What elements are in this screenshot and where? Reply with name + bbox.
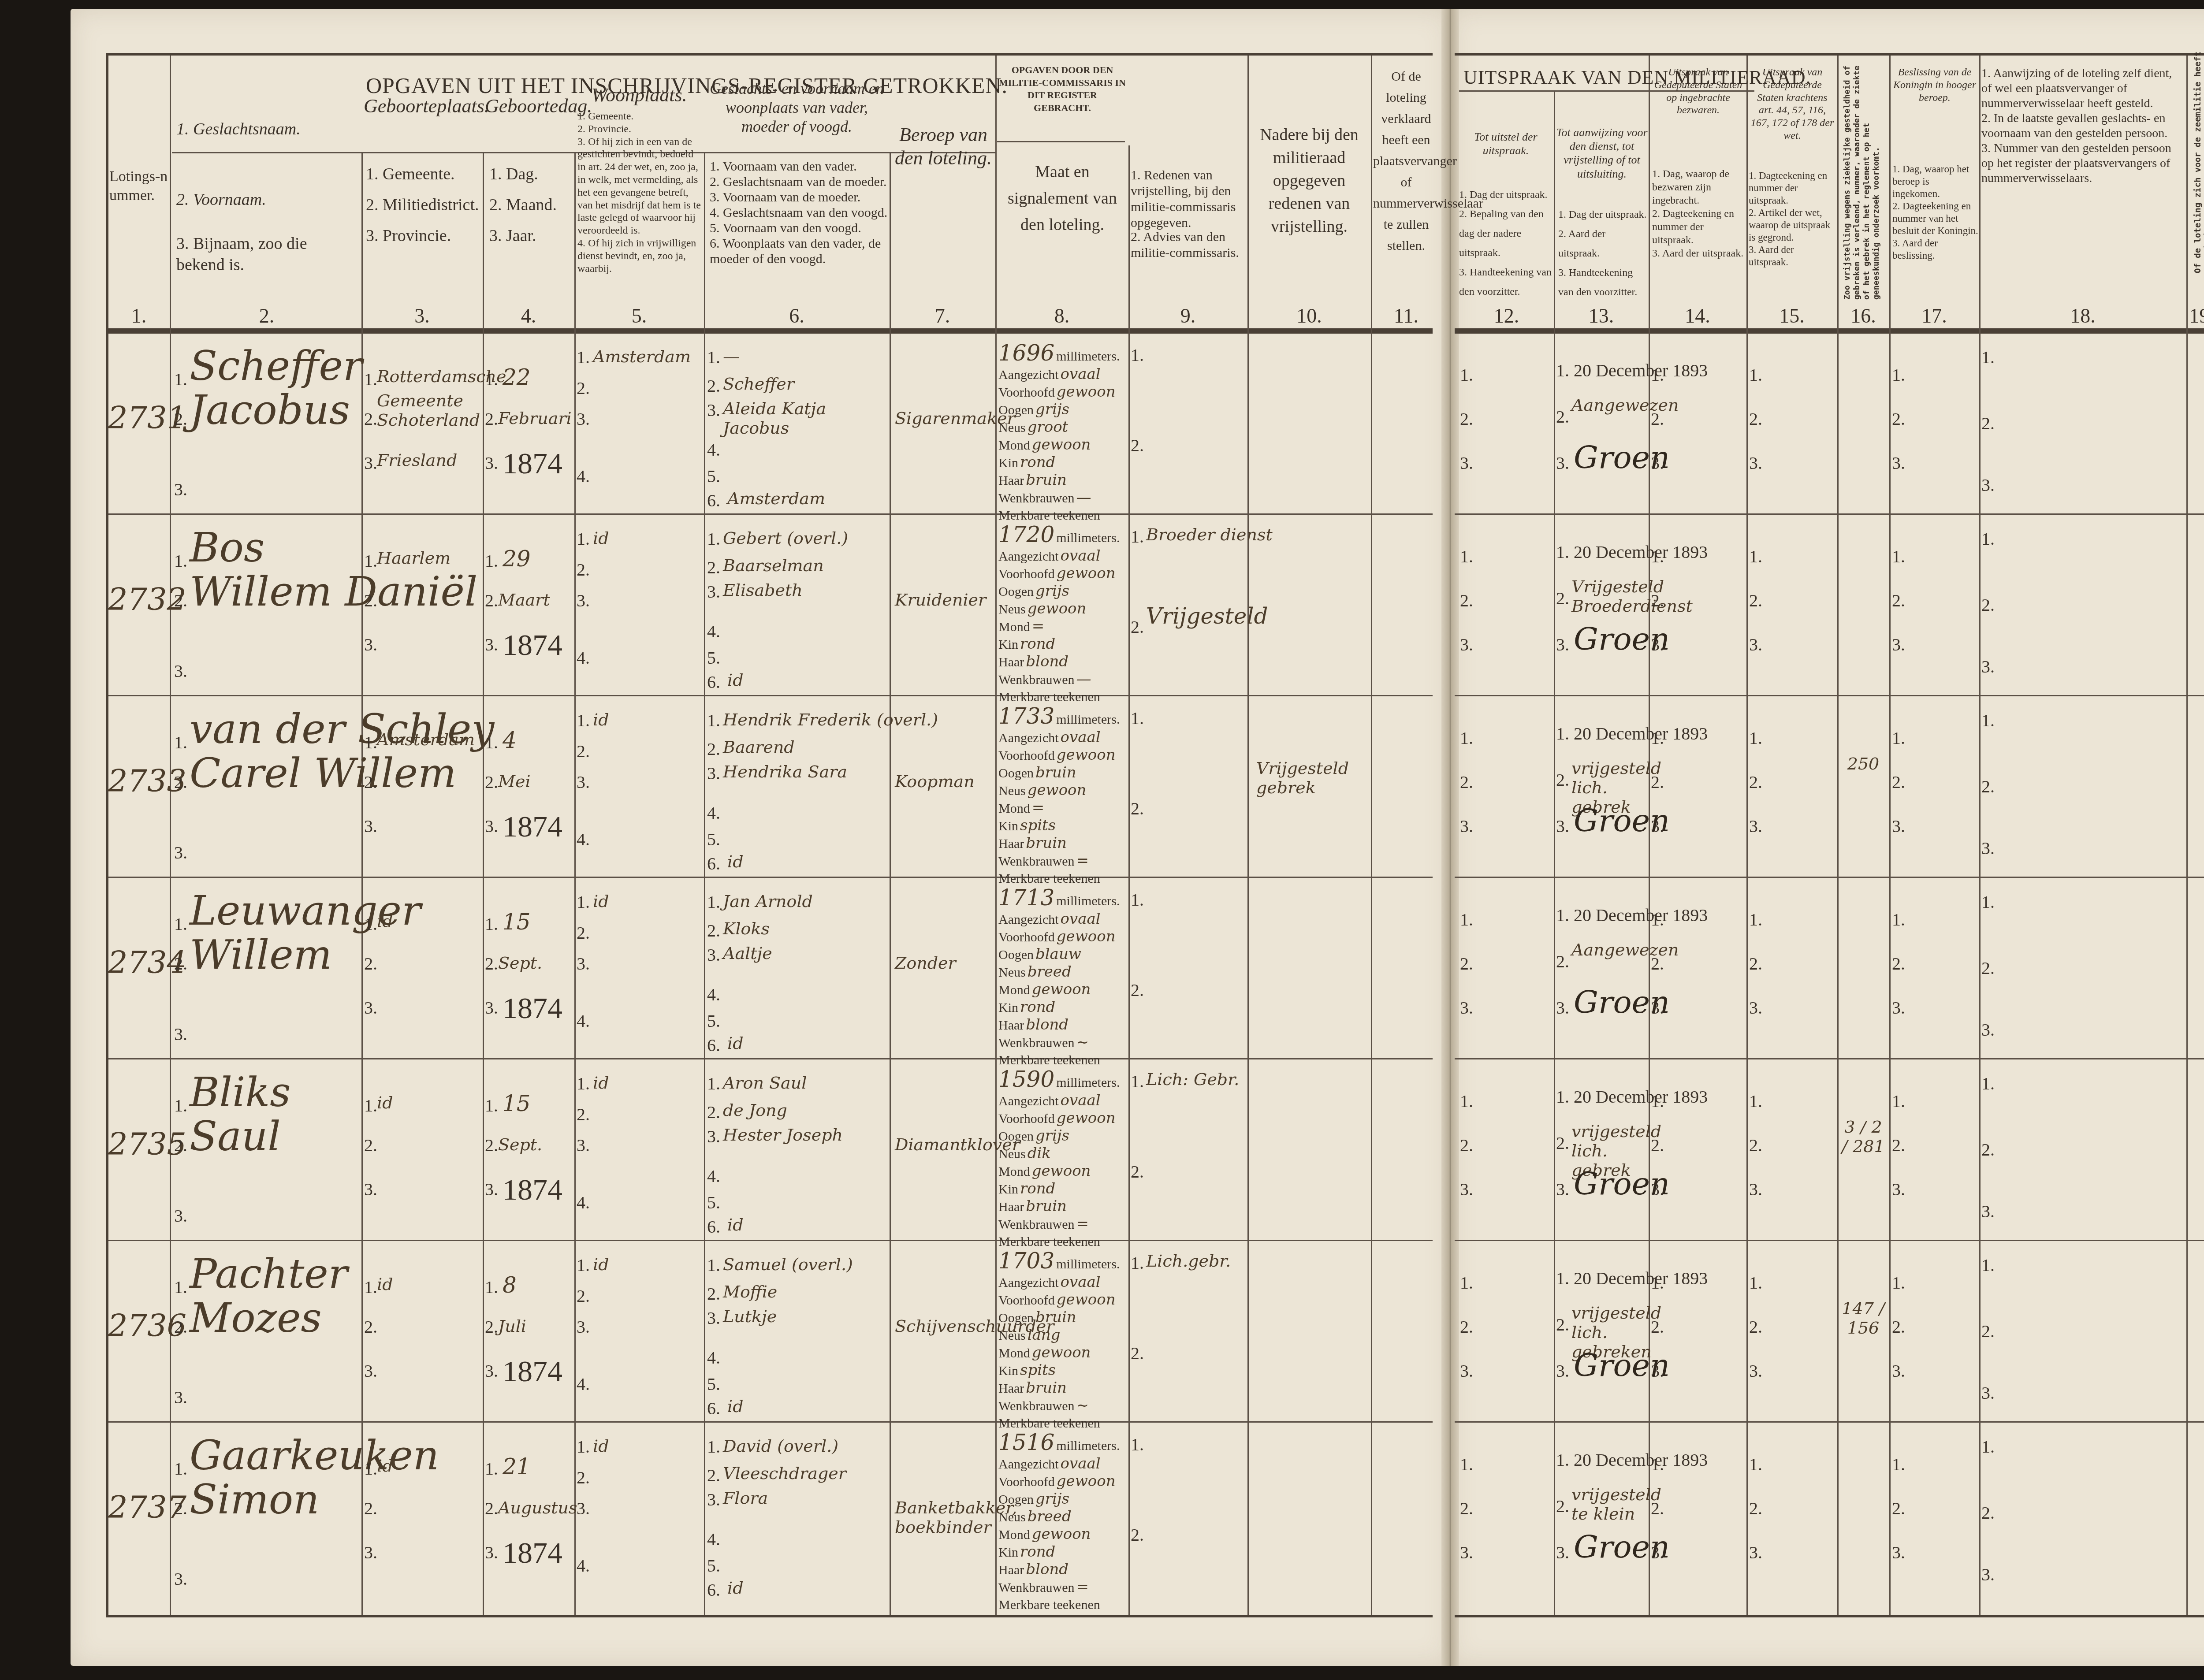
mother-firstname: Aaltje bbox=[723, 944, 886, 963]
birth-municipality: id bbox=[377, 1456, 393, 1476]
mother-firstname: Hendrika Sara bbox=[723, 762, 886, 781]
mother-surname: Kloks bbox=[723, 919, 770, 938]
colnum-2: 2. bbox=[172, 304, 361, 327]
birth-day: 4 bbox=[503, 728, 517, 753]
col17-item: 3. Aard der beslissing. bbox=[1892, 237, 1978, 262]
parent-residence: id bbox=[727, 670, 743, 690]
colnum-6: 6. bbox=[704, 304, 890, 327]
father-firstname: David (overl.) bbox=[723, 1436, 838, 1456]
residence: id bbox=[593, 1436, 609, 1456]
col17-item: 1. Dag, waarop het beroep is ingekomen. bbox=[1892, 163, 1978, 200]
birth-month: Maart bbox=[498, 590, 550, 610]
residence: id bbox=[593, 1255, 609, 1274]
firstname: Carel Willem bbox=[190, 750, 456, 797]
height-mm: 1703 bbox=[998, 1248, 1054, 1274]
height-mm: 1733 bbox=[998, 703, 1054, 729]
firstname: Willem Daniël bbox=[190, 568, 477, 615]
disease-number: 250 bbox=[1839, 754, 1888, 773]
mother-firstname: Elisabeth bbox=[723, 580, 886, 600]
colnum-4: 4. bbox=[483, 304, 574, 327]
col4-item: 3. Jaar. bbox=[489, 220, 573, 251]
col4-item: 2. Maand. bbox=[489, 190, 573, 220]
col13-title: Tot aanwijzing voor den dienst, tot vrij… bbox=[1556, 126, 1648, 181]
mother-surname: de Jong bbox=[723, 1100, 787, 1120]
col19-title: Of de loteling zich voor de zeemilitie h… bbox=[2193, 44, 2204, 273]
col1-title: Lotings-nummer. bbox=[109, 167, 169, 205]
mother-firstname: Hester Joseph bbox=[723, 1125, 886, 1145]
birth-month: Sept. bbox=[498, 953, 542, 973]
height-mm: 1713 bbox=[998, 885, 1054, 911]
height-mm: 1696 bbox=[998, 340, 1054, 366]
birth-day: 15 bbox=[503, 909, 531, 935]
colnum-1: 1. bbox=[112, 304, 165, 327]
col18-item: 2. In de laatste gevallen geslachts- en … bbox=[1981, 111, 2184, 141]
col15-item: 1. Dagteekening en nummer der uitspraak. bbox=[1749, 170, 1836, 207]
header-group-divider bbox=[997, 141, 1125, 142]
colnum-18: 18. bbox=[1979, 304, 2186, 327]
col13-item: 1. Dag der uitspraak. bbox=[1558, 205, 1649, 224]
colnum-13: 13. bbox=[1554, 304, 1649, 327]
surname: Gaarkeuken bbox=[190, 1432, 439, 1479]
colnum-17: 17. bbox=[1889, 304, 1979, 327]
surname: Bos bbox=[190, 524, 264, 571]
birth-year: 1874 bbox=[503, 446, 562, 481]
col2-item2: 2. Voornaam. bbox=[176, 190, 359, 211]
birth-day: 21 bbox=[503, 1454, 531, 1479]
ruling-nature: Aangewezen bbox=[1571, 940, 1649, 959]
header-bottom-rule bbox=[1455, 328, 2204, 334]
colnum-11: 11. bbox=[1371, 304, 1441, 327]
col14-items: 1. Dag, waarop de bezwaren zijn ingebrac… bbox=[1652, 167, 1746, 260]
birth-year: 1874 bbox=[503, 1354, 562, 1389]
residence: id bbox=[593, 528, 609, 548]
col8-title: Maat en signalement van den loteling. bbox=[998, 159, 1126, 238]
height-mm: 1516 bbox=[998, 1430, 1054, 1455]
birth-year: 1874 bbox=[503, 1535, 562, 1570]
col2-item3: 3. Bijnaam, zoo die bekend is. bbox=[176, 234, 359, 275]
col15-item: 3. Aard der uitspraak. bbox=[1749, 244, 1836, 268]
col15-item: 2. Artikel der wet, waarop de uitspraak … bbox=[1749, 207, 1836, 244]
parent-residence: id bbox=[727, 1215, 743, 1234]
col3-item: 3. Provincie. bbox=[366, 220, 483, 251]
colnum-16: 16. bbox=[1837, 304, 1889, 327]
father-firstname: Hendrik Frederik (overl.) bbox=[723, 710, 938, 729]
col5-item: 1. Gemeente. bbox=[577, 110, 702, 123]
col13-item: 3. Handteekening van den voorzitter. bbox=[1558, 263, 1649, 302]
occupation: Schijvenschuurder bbox=[895, 1316, 994, 1336]
col15-items: 1. Dagteekening en nummer der uitspraak.… bbox=[1749, 170, 1836, 268]
firstname: Simon bbox=[190, 1476, 319, 1523]
col6-item: 2. Geslachtsnaam van de moeder. bbox=[710, 174, 888, 190]
col6-item: 6. Woonplaats van den vader, de moeder o… bbox=[710, 236, 888, 267]
further-reasons: Vrijgesteld gebrek bbox=[1256, 758, 1366, 797]
signalement: 1516 millimeters. Aangezicht ovaal Voorh… bbox=[998, 1430, 1126, 1613]
col13-items: 1. Dag der uitspraak. 2. Aard der uitspr… bbox=[1558, 205, 1649, 302]
col14-item: 2. Dagteekening en nummer der uitspraak. bbox=[1652, 207, 1746, 247]
father-firstname: Samuel (overl.) bbox=[723, 1255, 853, 1274]
father-firstname: — bbox=[723, 347, 740, 366]
col12-item: 3. Handteekening van den voorzitter. bbox=[1459, 263, 1552, 301]
residence: Amsterdam bbox=[593, 347, 691, 366]
signalement: 1703 millimeters. Aangezicht ovaal Voorh… bbox=[998, 1248, 1126, 1432]
father-firstname: Aron Saul bbox=[723, 1073, 807, 1093]
col17-items: 1. Dag, waarop het beroep is ingekomen. … bbox=[1892, 163, 1978, 262]
ruling-date: 1. 20 December 1893 bbox=[1556, 723, 1708, 744]
col5-item: 2. Provincie. bbox=[577, 123, 702, 136]
colnum-5: 5. bbox=[574, 304, 704, 327]
firstname: Jacobus bbox=[190, 387, 350, 434]
residence: id bbox=[593, 1073, 609, 1093]
col6-items: 1. Voornaam van den vader. 2. Geslachtsn… bbox=[710, 159, 888, 267]
group-title-commissaris: OPGAVEN DOOR DEN MILITIE-COMMISSARIS IN … bbox=[998, 64, 1126, 114]
birth-year: 1874 bbox=[503, 1172, 562, 1207]
col5-item: 3. Of hij zich in een van de gestichten … bbox=[577, 136, 702, 237]
mother-firstname: Lutkje bbox=[723, 1307, 886, 1326]
col3-items: 1. Gemeente. 2. Militiedistrict. 3. Prov… bbox=[366, 159, 483, 251]
height-mm: 1720 bbox=[998, 522, 1054, 547]
signalement: 1733 millimeters. Aangezicht ovaal Voorh… bbox=[998, 703, 1126, 887]
col18-item: 1. Aanwijzing of de loteling zelf dient,… bbox=[1981, 66, 2184, 111]
col16-title: Zoo vrijstelling wegens ziekelijke geste… bbox=[1843, 62, 1881, 300]
col12-items: 1. Dag der uitspraak. 2. Bepaling van de… bbox=[1459, 185, 1552, 301]
col14-item: 1. Dag, waarop de bezwaren zijn ingebrac… bbox=[1652, 167, 1746, 207]
residence: id bbox=[593, 710, 609, 729]
mother-firstname: Flora bbox=[723, 1488, 886, 1508]
col9-item2: 2. Advies van den militie-commissaris. bbox=[1131, 229, 1246, 261]
height-mm: 1590 bbox=[998, 1067, 1054, 1092]
table-row: 2737 1. Gaarkeuken 2. Simon 3. 1.id 2. 3… bbox=[0, 1423, 2204, 1605]
birth-month: Sept. bbox=[498, 1135, 542, 1154]
birth-year: 1874 bbox=[503, 628, 562, 662]
birth-municipality: Amsterdam bbox=[377, 730, 475, 749]
table-row: 2736 1. Pachter 2. Mozes 3. 1.id 2. 3. 1… bbox=[0, 1241, 2204, 1423]
firstname: Saul bbox=[190, 1113, 281, 1160]
ruling-date: 1. 20 December 1893 bbox=[1556, 1268, 1708, 1289]
colnum-15: 15. bbox=[1746, 304, 1837, 327]
birth-day: 15 bbox=[503, 1091, 531, 1116]
birth-month: Juli bbox=[498, 1316, 526, 1336]
col2-item1: 1. Geslachtsnaam. bbox=[176, 119, 359, 140]
colnum-19: 19. bbox=[2186, 304, 2204, 327]
col18-item: 3. Nummer van den gestelden persoon op h… bbox=[1981, 141, 2184, 186]
col14-title: Uitspraak van Gedeputeerde Staten op ing… bbox=[1651, 66, 1746, 117]
firstname: Willem bbox=[190, 931, 332, 978]
birth-province: Friesland bbox=[377, 450, 457, 470]
header-bottom-rule bbox=[108, 328, 1433, 334]
exemption-reason: Broeder dienst bbox=[1146, 525, 1273, 544]
col5-items: 1. Gemeente. 2. Provincie. 3. Of hij zic… bbox=[577, 110, 702, 275]
firstname: Mozes bbox=[190, 1294, 322, 1342]
occupation: Sigarenmaker bbox=[895, 409, 994, 428]
col18-items: 1. Aanwijzing of de loteling zelf dient,… bbox=[1981, 66, 2184, 186]
occupation: Kruidenier bbox=[895, 590, 994, 610]
mother-firstname: Aleida Katja Jacobus bbox=[723, 399, 886, 438]
table-row: 2733 1. van der Schley 2. Carel Willem 3… bbox=[0, 697, 2204, 878]
mother-surname: Baarselman bbox=[723, 556, 824, 575]
col13-item: 2. Aard der uitspraak. bbox=[1558, 224, 1649, 263]
birth-month: Augustus bbox=[498, 1498, 577, 1517]
residence: id bbox=[593, 892, 609, 911]
col7-title: Beroep van den loteling. bbox=[893, 123, 994, 170]
father-firstname: Jan Arnold bbox=[723, 892, 813, 911]
birth-municipality: id bbox=[377, 1093, 393, 1112]
colnum-7: 7. bbox=[890, 304, 995, 327]
birth-month: Mei bbox=[498, 772, 531, 791]
occupation: Zonder bbox=[895, 953, 994, 973]
commissaris-advice: Vrijgesteld bbox=[1146, 603, 1268, 629]
col3-item: 1. Gemeente. bbox=[366, 159, 483, 190]
col12-item: 1. Dag der uitspraak. bbox=[1459, 185, 1552, 204]
ruling-nature: vrijgesteld te klein bbox=[1571, 1485, 1649, 1524]
col17-title: Beslissing van de Koningin in hooger ber… bbox=[1891, 66, 1978, 104]
col6-item: 1. Voornaam van den vader. bbox=[710, 159, 888, 174]
col6-title: Geslachts- en voornaam en woonplaats van… bbox=[705, 79, 888, 137]
ruling-date: 1. 20 December 1893 bbox=[1556, 905, 1708, 925]
occupation: Koopman bbox=[895, 772, 994, 791]
birth-day: 22 bbox=[503, 364, 531, 390]
col12-item: 2. Bepaling van den dag der nadere uitsp… bbox=[1459, 204, 1552, 263]
signalement: 1696 millimeters. Aangezicht ovaal Voorh… bbox=[998, 340, 1126, 524]
parent-residence: id bbox=[727, 1033, 743, 1053]
col15-title: Uitspraak van Gedeputeerde Staten kracht… bbox=[1749, 66, 1836, 142]
colnum-14: 14. bbox=[1649, 304, 1746, 327]
birth-day: 8 bbox=[503, 1272, 517, 1298]
birth-month: Februari bbox=[498, 409, 572, 428]
ruling-date: 1. 20 December 1893 bbox=[1556, 1450, 1708, 1470]
ruling-date: 1. 20 December 1893 bbox=[1556, 360, 1708, 381]
mother-surname: Moffie bbox=[723, 1282, 777, 1301]
col17-item: 2. Dagteekening en nummer van het beslui… bbox=[1892, 200, 1978, 237]
birth-day: 29 bbox=[503, 546, 531, 572]
occupation: Diamantklover bbox=[895, 1135, 994, 1154]
birth-district: Gemeente Schoterland bbox=[377, 391, 483, 430]
surname: Scheffer bbox=[190, 342, 362, 390]
col11-title: Of de loteling verklaard heeft een plaat… bbox=[1373, 66, 1439, 256]
ruling-date: 1. 20 December 1893 bbox=[1556, 542, 1708, 562]
col4-title: Geboortedag. bbox=[485, 95, 573, 118]
surname: Bliks bbox=[190, 1069, 290, 1116]
table-row: 2732 1. Bos 2. Willem Daniël 3. 1.Haarle… bbox=[0, 515, 2204, 697]
col9-item1: 1. Redenen van vrijstelling, bij den mil… bbox=[1131, 167, 1246, 231]
signalement: 1590 millimeters. Aangezicht ovaal Voorh… bbox=[998, 1067, 1126, 1250]
mother-surname: Vleeschdrager bbox=[723, 1464, 846, 1483]
surname: Pachter bbox=[190, 1250, 348, 1297]
col3-title: Geboorteplaats. bbox=[364, 95, 480, 118]
colnum-9: 9. bbox=[1128, 304, 1247, 327]
father-firstname: Gebert (overl.) bbox=[723, 528, 848, 548]
col6-item: 3. Voornaam van de moeder. bbox=[710, 190, 888, 205]
colnum-3: 3. bbox=[361, 304, 483, 327]
col6-item: 5. Voornaam van den voogd. bbox=[710, 220, 888, 236]
birth-year: 1874 bbox=[503, 809, 562, 844]
col4-items: 1. Dag. 2. Maand. 3. Jaar. bbox=[489, 159, 573, 251]
ruling-nature: Aangewezen bbox=[1571, 395, 1649, 415]
exemption-reason: Lich.gebr. bbox=[1146, 1251, 1231, 1271]
col14-item: 3. Aard der uitspraak. bbox=[1652, 247, 1746, 260]
col5-title: Woonplaats. bbox=[575, 84, 703, 107]
parent-residence: id bbox=[727, 1397, 743, 1416]
birth-year: 1874 bbox=[503, 991, 562, 1026]
col5-item: 4. Of hij zich in vrijwilligen dienst be… bbox=[577, 237, 702, 275]
birth-municipality: id bbox=[377, 1275, 393, 1294]
colnum-10: 10. bbox=[1247, 304, 1371, 327]
colnum-12: 12. bbox=[1459, 304, 1554, 327]
table-row: 2734 1. Leuwanger 2. Willem 3. 1.id 2. 3… bbox=[0, 878, 2204, 1060]
table-row: 2735 1. Bliks 2. Saul 3. 1.id 2. 3. 1.15… bbox=[0, 1060, 2204, 1241]
col3-item: 2. Militiedistrict. bbox=[366, 190, 483, 220]
col10-title: Nadere bij den militieraad opgegeven red… bbox=[1250, 123, 1369, 238]
ruling-date: 1. 20 December 1893 bbox=[1556, 1086, 1708, 1107]
birth-municipality: id bbox=[377, 911, 393, 931]
exemption-reason: Lich: Gebr. bbox=[1146, 1070, 1239, 1089]
disease-number: 147 / 156 bbox=[1839, 1299, 1888, 1338]
mother-surname: Scheffer bbox=[723, 374, 794, 394]
parent-residence: id bbox=[727, 1578, 743, 1598]
mother-surname: Baarend bbox=[723, 737, 795, 757]
disease-number: 3 / 2 / 281 bbox=[1839, 1117, 1888, 1156]
colnum-8: 8. bbox=[995, 304, 1128, 327]
parent-residence: Amsterdam bbox=[727, 489, 825, 508]
col4-item: 1. Dag. bbox=[489, 159, 573, 190]
col6-item: 4. Geslachtsnaam van den voogd. bbox=[710, 205, 888, 220]
signalement: 1720 millimeters. Aangezicht ovaal Voorh… bbox=[998, 522, 1126, 706]
col12-title: Tot uitstel der uitspraak. bbox=[1459, 130, 1552, 157]
occupation: Banketbakker, boekbinder bbox=[895, 1498, 994, 1537]
ruling-nature: Vrijgesteld Broederdienst bbox=[1571, 577, 1649, 616]
signalement: 1713 millimeters. Aangezicht ovaal Voorh… bbox=[998, 885, 1126, 1069]
table-row: 2731 1. Scheffer 2. Jacobus 3. 1.Rotterd… bbox=[0, 334, 2204, 515]
birth-municipality: Haarlem bbox=[377, 548, 450, 568]
parent-residence: id bbox=[727, 852, 743, 871]
